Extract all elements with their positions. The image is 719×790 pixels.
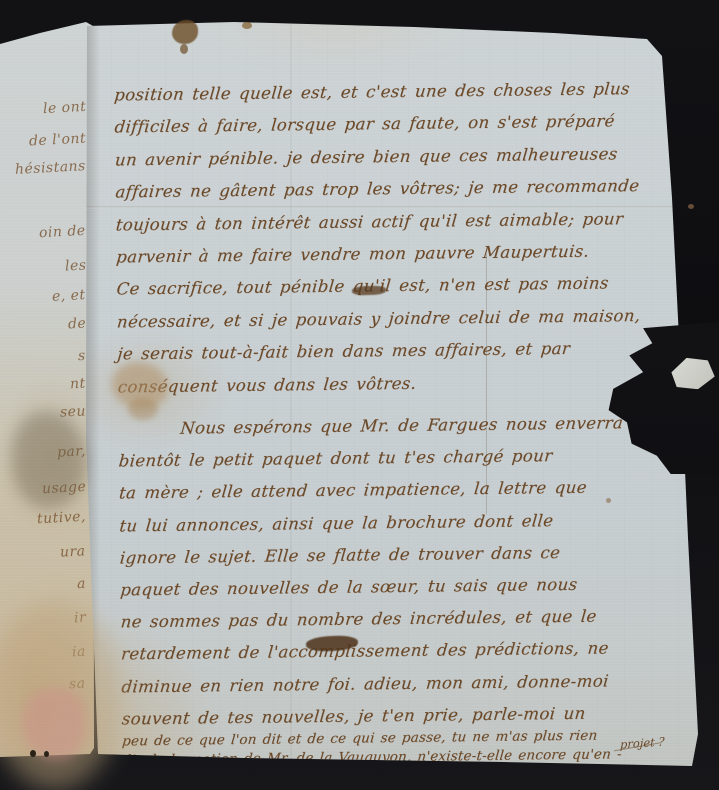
facing-page-fragment: tutive, bbox=[37, 509, 87, 528]
handwritten-line: toujours à ton intérêt aussi actif qu'il… bbox=[115, 209, 624, 234]
handwritten-line: parvenir à me faire vendre mon pauvre Ma… bbox=[115, 242, 590, 267]
facing-page-fragment: ir bbox=[73, 610, 86, 627]
facing-page-fragment: les bbox=[64, 257, 86, 274]
facing-page-fragment: nt bbox=[70, 376, 86, 393]
handwritten-line: un avenir pénible. je desire bien que ce… bbox=[114, 144, 618, 169]
handwritten-line: je serais tout-à-fait bien dans mes affa… bbox=[117, 339, 572, 364]
handwritten-line: retardement de l'accomplissement des pré… bbox=[120, 639, 609, 664]
handwritten-line: souvent de tes nouvelles, je t'en prie, … bbox=[121, 704, 587, 729]
handwritten-line: conséquent vous dans les vôtres. bbox=[117, 373, 417, 396]
facing-page-fragment: sa bbox=[69, 676, 86, 693]
handwritten-line: position telle quelle est, et c'est une … bbox=[113, 79, 630, 104]
facing-page-strip: le ontde l'onthésistansoin delese, etdes… bbox=[0, 0, 94, 790]
facing-page-fragment: usage bbox=[41, 479, 86, 497]
facing-page-fragment: s bbox=[78, 348, 87, 364]
facing-page-fragment: ura bbox=[60, 543, 86, 560]
handwritten-line: nécessaire, et si je pouvais y joindre c… bbox=[116, 306, 641, 331]
paper-texture bbox=[0, 0, 94, 790]
handwritten-line: peu de ce que l'on dit et de ce qui se p… bbox=[121, 728, 598, 750]
handwritten-line: ne sommes pas du nombre des incrédules, … bbox=[120, 607, 598, 632]
facing-page-fragment: e, et bbox=[52, 287, 86, 305]
handwritten-line: tu lui annonces, ainsi que la brochure d… bbox=[119, 511, 555, 535]
handwritten-line: ta mère ; elle attend avec impatience, l… bbox=[118, 478, 588, 503]
facing-page-fragment: de l'ont bbox=[29, 131, 87, 150]
facing-page-fragment: par, bbox=[57, 443, 87, 460]
handwritten-line: difficiles à faire, lorsque par sa faute… bbox=[114, 112, 616, 137]
handwritten-line: Ce sacrifice, tout pénible qu'il est, n'… bbox=[116, 274, 610, 299]
facing-page-fragment: seu bbox=[60, 403, 87, 420]
rust-speck bbox=[688, 204, 694, 209]
handwritten-line: affaires ne gâtent pas trop les vôtres; … bbox=[115, 176, 641, 201]
handwritten-line: ignore le sujet. Elle se flatte de trouv… bbox=[119, 543, 561, 567]
handwritten-line: Nous espérons que Mr. de Fargues nous en… bbox=[179, 413, 624, 437]
facing-page-fragment: de bbox=[67, 316, 86, 333]
facing-page-fragment: a bbox=[77, 576, 87, 592]
facing-page-fragment: le ont bbox=[42, 99, 86, 117]
handwritten-line: dit de la motion de Mr. de la Vauguyon, … bbox=[122, 746, 623, 768]
facing-page-fragment: ia bbox=[72, 644, 87, 661]
handwritten-line: bientôt le petit paquet dont tu t'es cha… bbox=[118, 446, 554, 470]
photograph-of-manuscript-letter: { "scene": { "description": "Photograph … bbox=[0, 0, 719, 790]
photo-backdrop: le ontde l'onthésistansoin delese, etdes… bbox=[0, 0, 719, 790]
handwritten-line: diminue en rien notre foi. adieu, mon am… bbox=[121, 671, 610, 696]
handwritten-line: paquet des nouvelles de la sœur, tu sais… bbox=[119, 575, 578, 600]
facing-page-fragment: oin de bbox=[39, 223, 86, 241]
